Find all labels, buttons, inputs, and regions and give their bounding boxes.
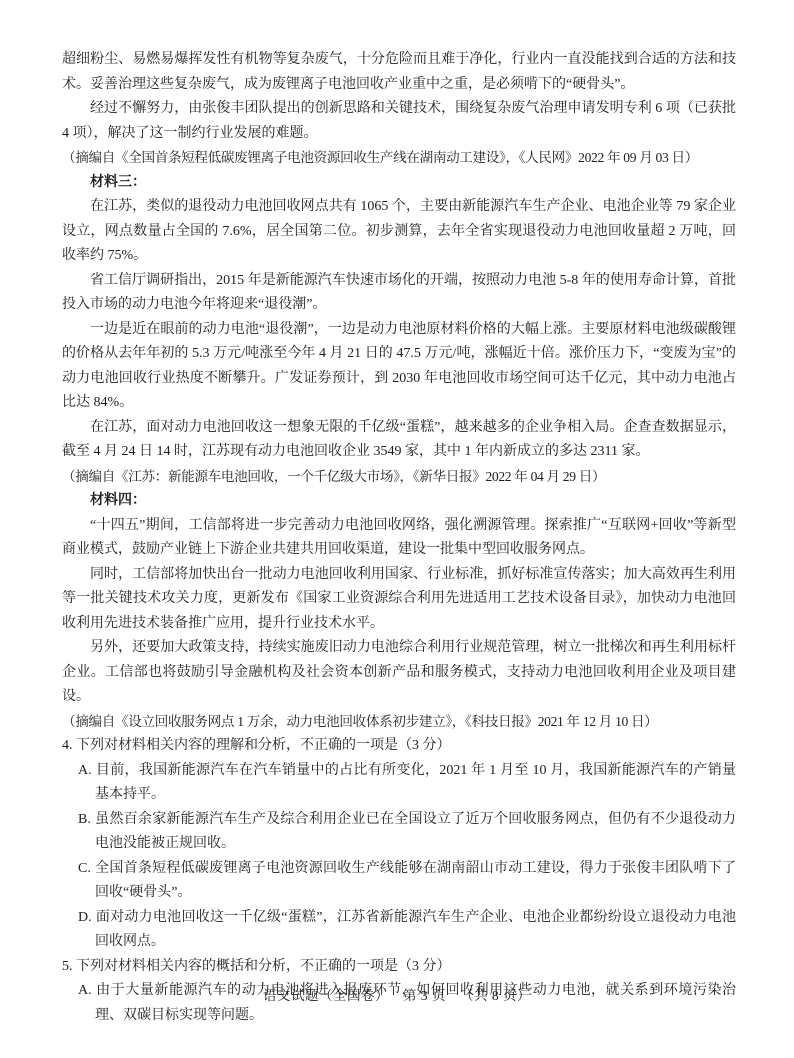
option-label: A. [78,763,92,778]
option-text: 目前，我国新能源汽车在汽车销量中的占比有所变化，2021 年 1 月至 10 月… [95,763,736,803]
footer-page-number: 第 3 页 [403,988,446,1003]
material2-paragraph-2: 经过不懈努力，由张俊丰团队提出的创新思路和关键技术，围绕复杂废气治理申请发明专利… [62,97,736,146]
material3-paragraph-3: 一边是近在眼前的动力电池“退役潮”，一边是动力电池原材料价格的大幅上涨。主要原材… [62,318,736,416]
option-label: D. [78,910,92,925]
question-4-option-a: A.目前，我国新能源汽车在汽车销量中的占比有所变化，2021 年 1 月至 10… [62,759,736,808]
option-label: B. [78,812,91,827]
option-text: 全国首条短程低碳废锂离子电池资源回收生产线能够在湖南韶山市动工建设，得力于张俊丰… [95,861,736,901]
page-footer: 语文试题（全国卷）第 3 页（共 8 页） [0,984,794,1009]
material3-paragraph-1: 在江苏，类似的退役动力电池回收网点共有 1065 个，主要由新能源汽车生产企业、… [62,195,736,269]
question-5-stem: 5. 下列对材料相关内容的概括和分析，不正确的一项是（3 分） [62,955,736,980]
material4-paragraph-1: “十四五”期间，工信部将进一步完善动力电池回收网络，强化溯源管理。探索推广“互联… [62,514,736,563]
material4-citation: （摘编自《设立回收服务网点 1 万余，动力电池回收体系初步建立》，《科技日报》2… [62,710,736,735]
material3-paragraph-2: 省工信厅调研指出，2015 年是新能源汽车快速市场化的开端，按照动力电池 5-8… [62,269,736,318]
material4-paragraph-2: 同时，工信部将加快出台一批动力电池回收利用国家、行业标准，抓好标准宣传落实；加大… [62,563,736,637]
option-text: 虽然百余家新能源汽车生产及综合利用企业已在全国设立了近万个回收服务网点，但仍有不… [95,812,736,852]
material4-heading: 材料四： [62,489,736,514]
material2-citation: （摘编自《全国首条短程低碳废锂离子电池资源回收生产线在湖南动工建设》，《人民网》… [62,146,736,171]
question-4-stem: 4. 下列对材料相关内容的理解和分析，不正确的一项是（3 分） [62,734,736,759]
exam-page: 超细粉尘、易燃易爆挥发性有机物等复杂废气，十分危险而且难于净化，行业内一直没能找… [0,0,794,1058]
material3-heading: 材料三： [62,171,736,196]
material3-citation: （摘编自《江苏：新能源车电池回收，一个千亿级大市场》，《新华日报》2022 年 … [62,465,736,490]
question-4-option-b: B.虽然百余家新能源汽车生产及综合利用企业已在全国设立了近万个回收服务网点，但仍… [62,808,736,857]
material4-paragraph-3: 另外，还要加大政策支持，持续实施废旧动力电池综合利用行业规范管理，树立一批梯次和… [62,636,736,710]
option-text: 面对动力电池回收这一千亿级“蛋糕”，江苏省新能源汽车生产企业、电池企业都纷纷设立… [95,910,736,950]
material2-paragraph-tail: 超细粉尘、易燃易爆挥发性有机物等复杂废气，十分危险而且难于净化，行业内一直没能找… [62,48,736,97]
footer-total-pages: （共 8 页） [460,988,531,1003]
question-4-option-d: D.面对动力电池回收这一千亿级“蛋糕”，江苏省新能源汽车生产企业、电池企业都纷纷… [62,906,736,955]
material3-paragraph-4: 在江苏，面对动力电池回收这一想象无限的千亿级“蛋糕”，越来越多的企业争相入局。企… [62,416,736,465]
footer-exam-title: 语文试题（全国卷） [263,988,389,1003]
option-label: C. [78,861,91,876]
question-4-option-c: C.全国首条短程低碳废锂离子电池资源回收生产线能够在湖南韶山市动工建设，得力于张… [62,857,736,906]
